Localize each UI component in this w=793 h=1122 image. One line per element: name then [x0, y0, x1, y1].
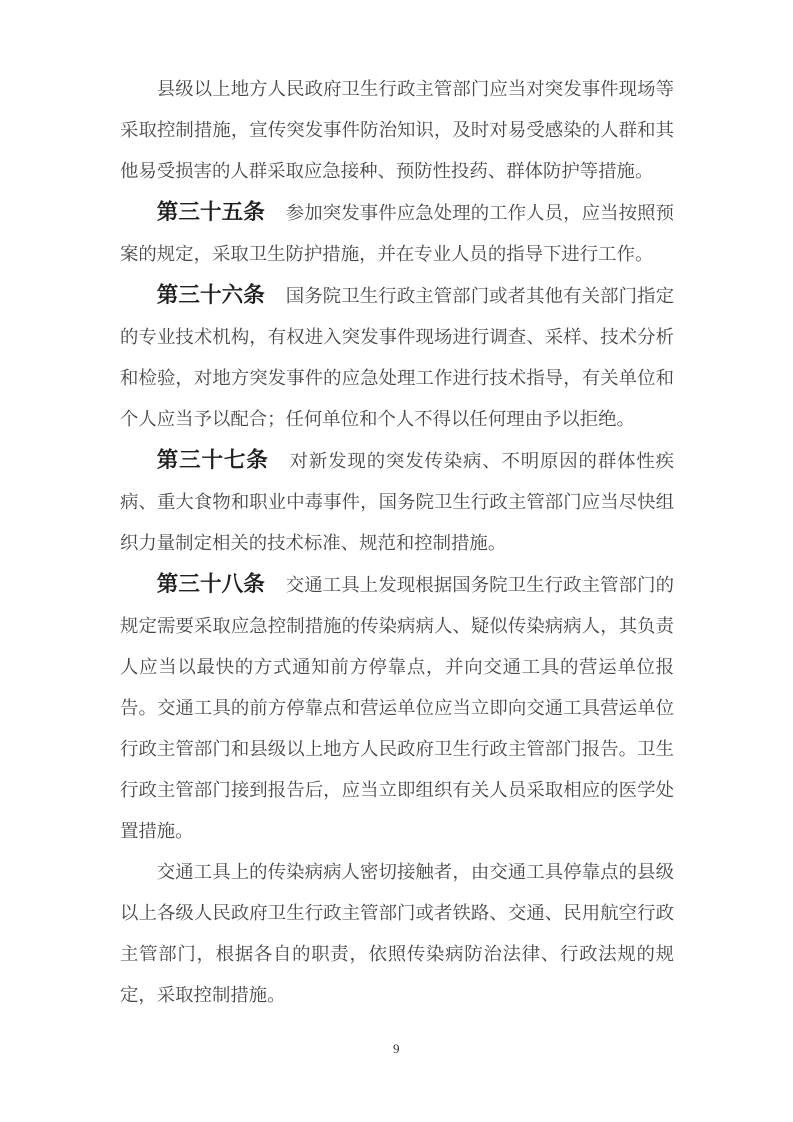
document-page: 县级以上地方人民政府卫生行政主管部门应当对突发事件现场等采取控制措施，宣传突发事… — [0, 0, 793, 1122]
paragraph: 交通工具上的传染病病人密切接触者，由交通工具停靠点的县级以上各级人民政府卫生行政… — [120, 852, 674, 1016]
paragraph: 县级以上地方人民政府卫生行政主管部门应当对突发事件现场等采取控制措施，宣传突发事… — [120, 69, 674, 192]
article-paragraph: 第三十七条对新发现的突发传染病、不明原因的群体性疾病、重大食物和职业中毒事件，国… — [120, 440, 674, 564]
page-number: 9 — [0, 1041, 793, 1057]
paragraph-text: 交通工具上发现根据国务院卫生行政主管部门的规定需要采取应急控制措施的传染病病人、… — [120, 575, 674, 841]
paragraph-text: 交通工具上的传染病病人密切接触者，由交通工具停靠点的县级以上各级人民政府卫生行政… — [120, 862, 674, 1005]
paragraph-text: 国务院卫生行政主管部门或者其他有关部门指定的专业技术机构，有权进入突发事件现场进… — [120, 286, 674, 429]
document-body: 县级以上地方人民政府卫生行政主管部门应当对突发事件现场等采取控制措施，宣传突发事… — [120, 69, 674, 1016]
article-paragraph: 第三十六条国务院卫生行政主管部门或者其他有关部门指定的专业技术机构，有权进入突发… — [120, 275, 674, 440]
article-number: 第三十七条 — [157, 448, 269, 472]
article-paragraph: 第三十五条参加突发事件应急处理的工作人员，应当按照预案的规定，采取卫生防护措施，… — [120, 192, 674, 275]
article-number: 第三十八条 — [157, 572, 265, 596]
article-number: 第三十五条 — [157, 200, 265, 224]
article-number: 第三十六条 — [157, 283, 265, 307]
paragraph-text: 县级以上地方人民政府卫生行政主管部门应当对突发事件现场等采取控制措施，宣传突发事… — [120, 79, 674, 181]
article-paragraph: 第三十八条交通工具上发现根据国务院卫生行政主管部门的规定需要采取应急控制措施的传… — [120, 564, 674, 852]
